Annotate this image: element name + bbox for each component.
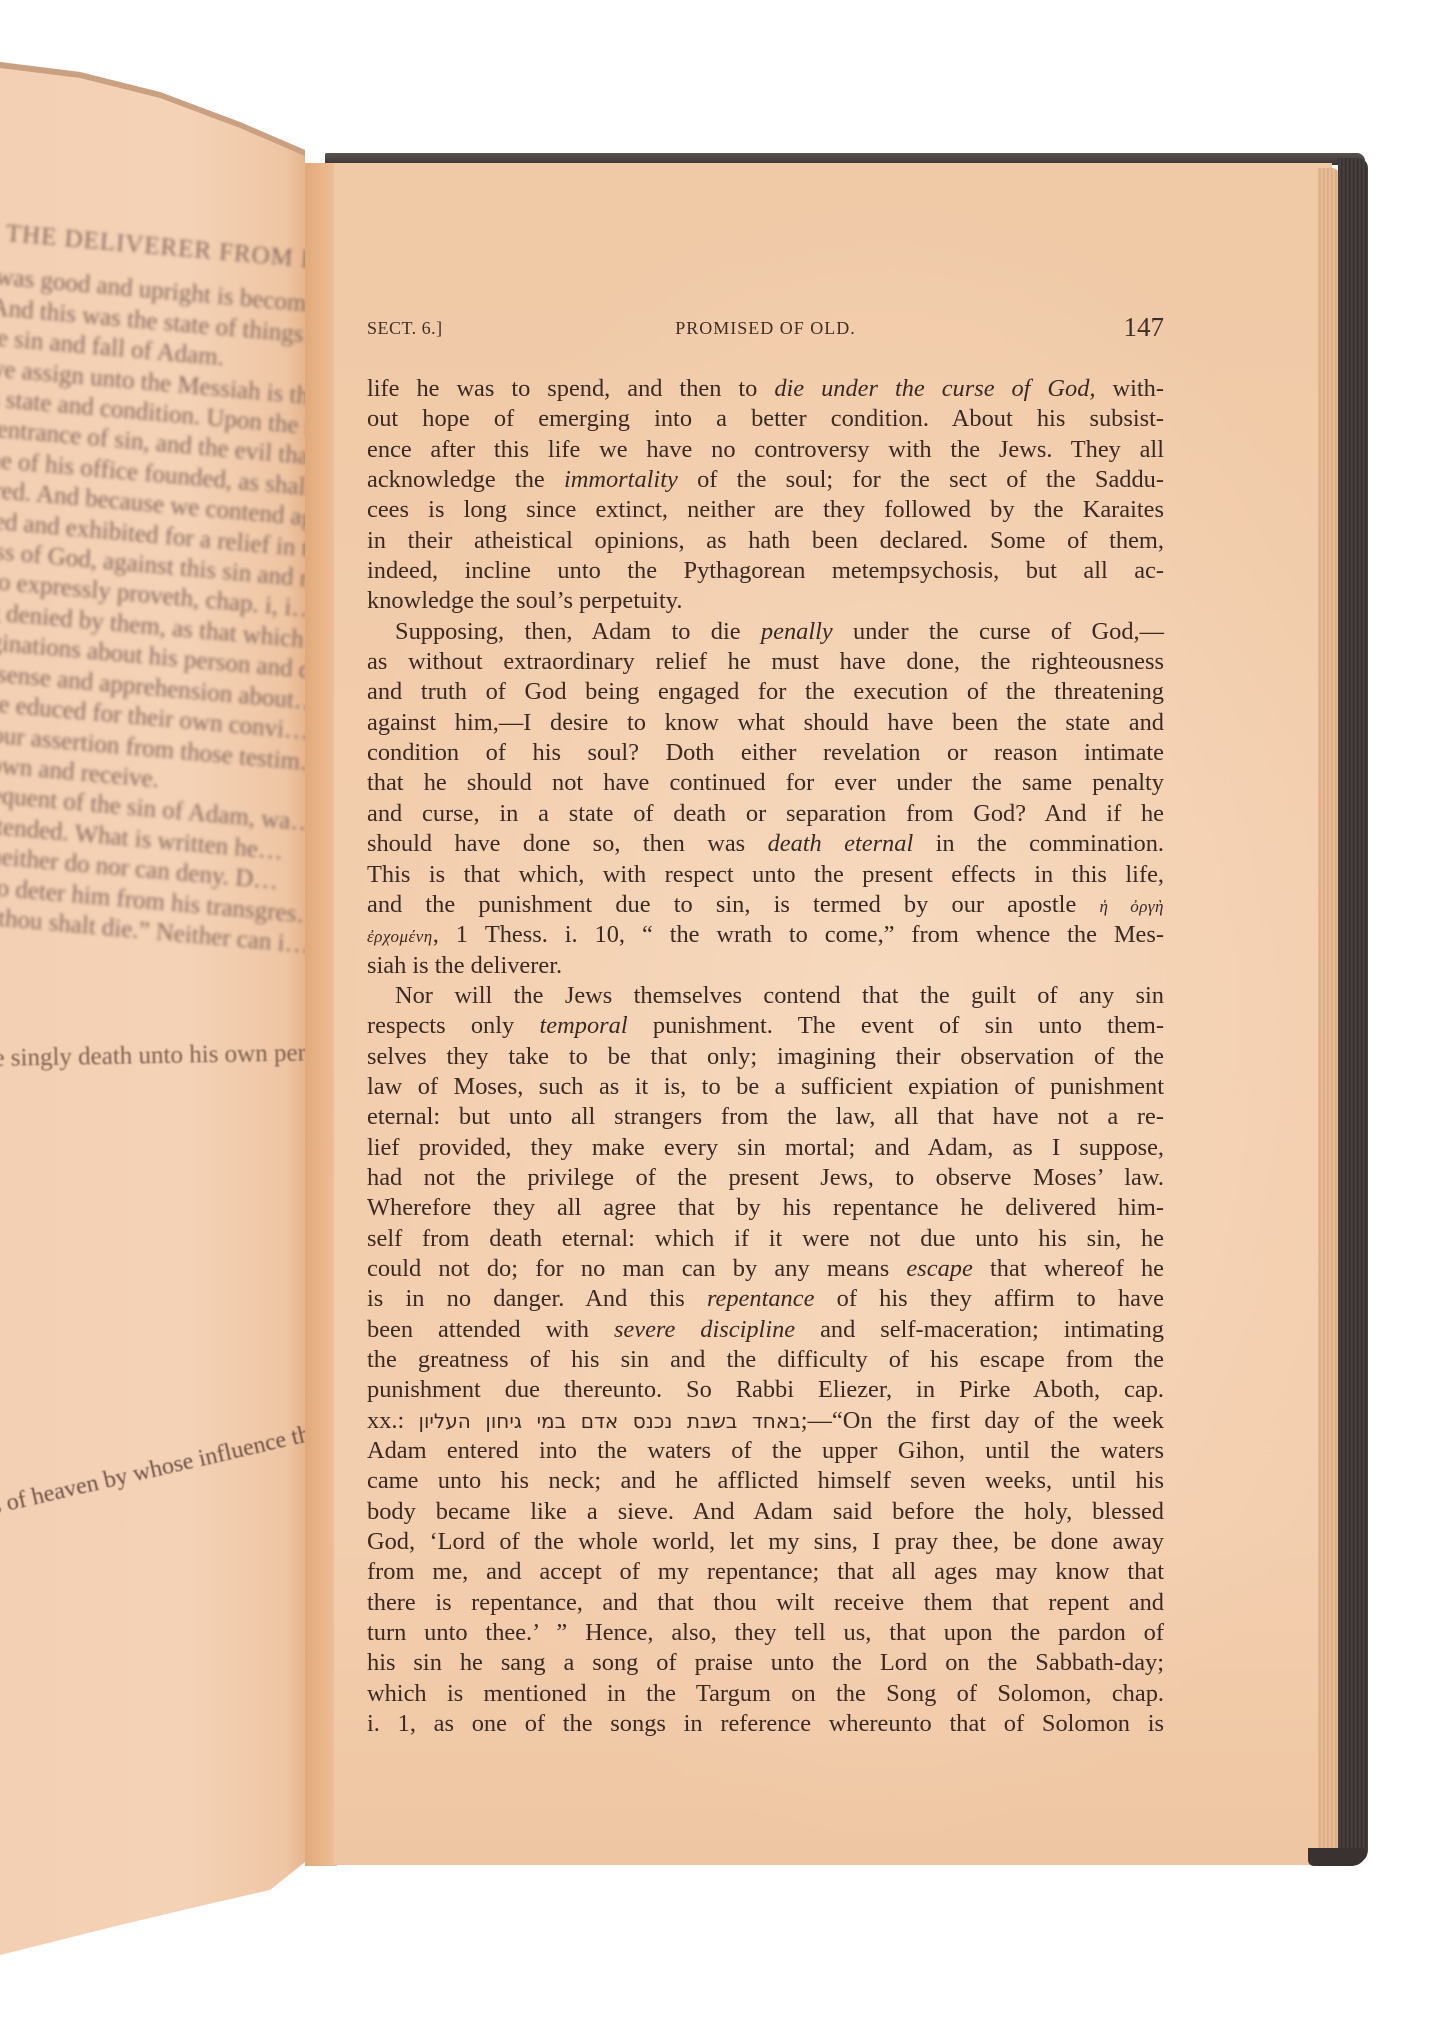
text-line: and the punishment due to sin, is termed… bbox=[367, 890, 1164, 920]
text-line: came unto his neck; and he afflicted him… bbox=[367, 1466, 1164, 1496]
text-line: punishment due thereunto. So Rabbi Eliez… bbox=[367, 1375, 1164, 1405]
left-page-text-middle: …to be singly death unto his own person … bbox=[0, 1038, 310, 1075]
left-page: …SIAH, THE DELIVERER FROM EVIL, [EXER… …… bbox=[0, 0, 310, 2023]
text-line: which is mentioned in the Targum on the … bbox=[367, 1679, 1164, 1709]
text-line: the greatness of his sin and the difficu… bbox=[367, 1345, 1164, 1375]
italic-phrase: repentance bbox=[707, 1285, 814, 1312]
left-page-text-curl: …bs of heaven by whose influence the ear… bbox=[0, 1415, 310, 1530]
running-head: SECT. 6.] PROMISED OF OLD. 147 bbox=[367, 312, 1164, 348]
book-gutter bbox=[305, 163, 337, 1866]
italic-phrase: die under the curse of God, bbox=[774, 375, 1095, 402]
italic-phrase: escape bbox=[906, 1255, 972, 1282]
text-line: self from death eternal: which if it wer… bbox=[367, 1224, 1164, 1254]
text-line: had not the privilege of the present Jew… bbox=[367, 1163, 1164, 1193]
text-line: siah is the deliverer. bbox=[367, 951, 1164, 981]
text-line: respects only temporal punishment. The e… bbox=[367, 1011, 1164, 1041]
book-cover-right-edge bbox=[1338, 158, 1368, 1864]
text-line: indeed, incline unto the Pythagorean met… bbox=[367, 556, 1164, 586]
text-line: and curse, in a state of death or separa… bbox=[367, 799, 1164, 829]
text-line: there is repentance, and that thou wilt … bbox=[367, 1588, 1164, 1618]
text-line: ence after this life we have no controve… bbox=[367, 435, 1164, 465]
text-line: Adam entered into the waters of the uppe… bbox=[367, 1436, 1164, 1466]
text-line: Wherefore they all agree that by his rep… bbox=[367, 1193, 1164, 1223]
text-line: i. 1, as one of the songs in reference w… bbox=[367, 1709, 1164, 1739]
text-line: out hope of emerging into a better condi… bbox=[367, 404, 1164, 434]
hebrew-phrase: באחד בשבת נכנס אדם במי גיחון העליון bbox=[419, 1409, 801, 1433]
text-line: is in no danger. And this repentance of … bbox=[367, 1284, 1164, 1314]
left-page-lines: …before was good and upright is become a… bbox=[0, 254, 310, 958]
left-page-lines-curl: …bs of heaven by whose influence the ear… bbox=[0, 1415, 310, 1530]
text-line: Supposing, then, Adam to die penally und… bbox=[367, 617, 1164, 647]
page-number: 147 bbox=[1124, 312, 1165, 343]
italic-phrase: severe discipline bbox=[614, 1316, 795, 1343]
text-line: and truth of God being engaged for the e… bbox=[367, 677, 1164, 707]
text-line: as without extraordinary relief he must … bbox=[367, 647, 1164, 677]
left-page-lines-lower: …to be singly death unto his own person … bbox=[0, 1038, 310, 1075]
italic-phrase: immortality bbox=[564, 466, 678, 493]
text-line: lief provided, they make every sin morta… bbox=[367, 1133, 1164, 1163]
running-title: PROMISED OF OLD. bbox=[367, 318, 1164, 339]
text-line: from me, and accept of my repentance; th… bbox=[367, 1557, 1164, 1587]
text-line: been attended with severe discipline and… bbox=[367, 1315, 1164, 1345]
italic-phrase: temporal bbox=[540, 1012, 628, 1039]
text-line: This is that which, with respect unto th… bbox=[367, 860, 1164, 890]
greek-phrase: ἡ ὀργὴ bbox=[1099, 897, 1164, 916]
text-line: xx.: באחד בשבת נכנס אדם במי גיחון העליון… bbox=[367, 1406, 1164, 1436]
page-body-text: life he was to spend, and then to die un… bbox=[367, 374, 1164, 1739]
left-page-line: …to be singly death unto his own person … bbox=[0, 1038, 310, 1073]
text-line: selves they take to be that only; imagin… bbox=[367, 1042, 1164, 1072]
text-line: his sin he sang a song of praise unto th… bbox=[367, 1648, 1164, 1678]
italic-phrase: penally bbox=[761, 618, 833, 645]
page-block-edge bbox=[1318, 168, 1340, 1860]
text-line: knowledge the soul’s perpetuity. bbox=[367, 586, 1164, 616]
text-line: could not do; for no man can by any mean… bbox=[367, 1254, 1164, 1284]
greek-phrase: ἐρχομένη bbox=[367, 927, 433, 946]
text-line: eternal: but unto all strangers from the… bbox=[367, 1102, 1164, 1132]
text-line: body became like a sieve. And Adam said … bbox=[367, 1497, 1164, 1527]
text-line: turn unto thee.’ ” Hence, also, they tel… bbox=[367, 1618, 1164, 1648]
text-line: in their atheistical opinions, as hath b… bbox=[367, 526, 1164, 556]
text-line: law of Moses, such as it is, to be a suf… bbox=[367, 1072, 1164, 1102]
left-page-text-upper: …SIAH, THE DELIVERER FROM EVIL, [EXER… …… bbox=[0, 210, 310, 958]
text-line: Nor will the Jews themselves contend tha… bbox=[367, 981, 1164, 1011]
text-line: should have done so, then was death eter… bbox=[367, 829, 1164, 859]
book-cover-bottom-corner bbox=[1308, 1848, 1366, 1866]
text-line: ἐρχομένη, 1 Thess. i. 10, “ the wrath to… bbox=[367, 920, 1164, 950]
text-line: cees is long since extinct, neither are … bbox=[367, 495, 1164, 525]
text-line: acknowledge the immortality of the soul;… bbox=[367, 465, 1164, 495]
text-line: life he was to spend, and then to die un… bbox=[367, 374, 1164, 404]
italic-phrase: death eternal bbox=[768, 830, 914, 857]
text-line: God, ‘Lord of the whole world, let my si… bbox=[367, 1527, 1164, 1557]
text-line: against him,—I desire to know what shoul… bbox=[367, 708, 1164, 738]
left-page-line: …bs of heaven by whose influence the ear… bbox=[0, 1396, 310, 1528]
text-line: that he should not have continued for ev… bbox=[367, 768, 1164, 798]
text-line: condition of his soul? Doth either revel… bbox=[367, 738, 1164, 768]
